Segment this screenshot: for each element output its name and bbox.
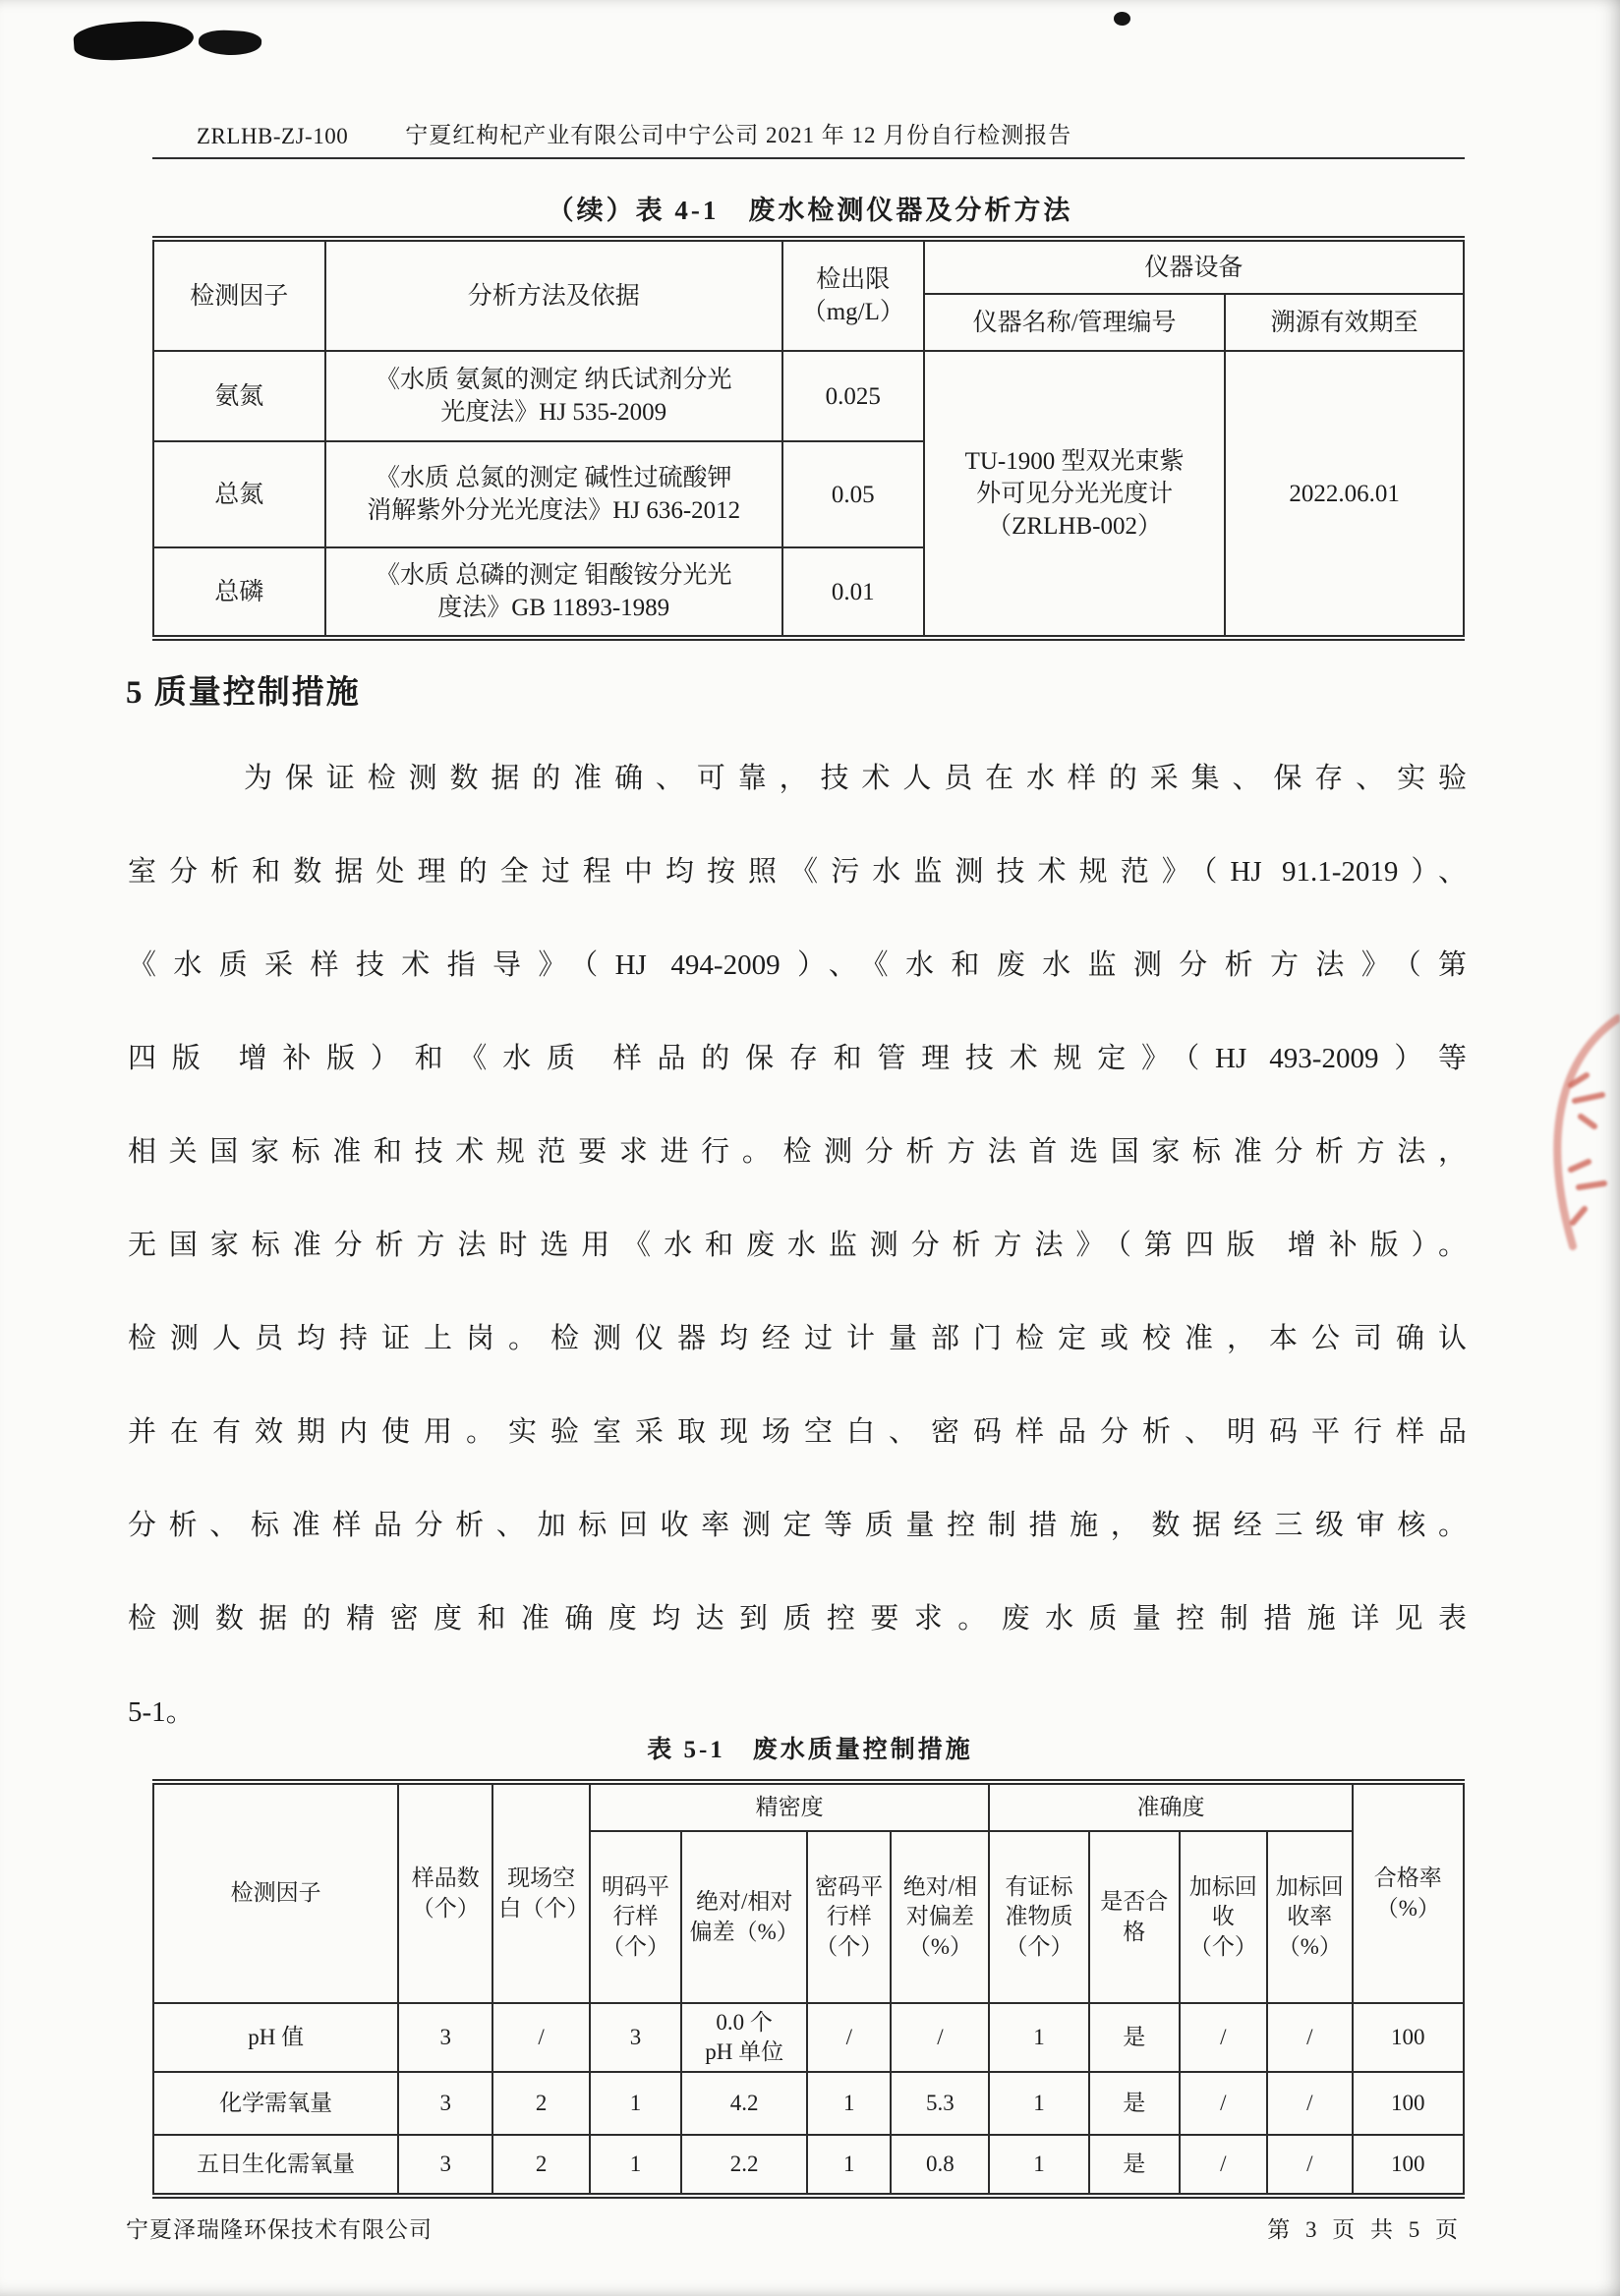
table-cell: 化学需氧量 (153, 2072, 398, 2135)
table-cell: / (1267, 2003, 1353, 2072)
header-cell: 绝对/相对偏差（%） (891, 1831, 989, 2003)
table-row: 化学需氧量 3 2 1 4.2 1 5.3 1 是 / / 100 (153, 2072, 1464, 2135)
table-cell: / (1180, 2072, 1267, 2135)
table5-title: 表 5-1 废水质量控制措施 (0, 1730, 1620, 1765)
paragraph-line: 为保证检测数据的准确、可靠，技术人员在水样的采集、保存、实验 (128, 732, 1467, 826)
document-title: 宁夏红枸杞产业有限公司中宁公司 2021 年 12 月份自行检测报告 (405, 117, 1071, 149)
table-cell: 2 (492, 2072, 590, 2135)
header-cell-factor: 检测因子 (153, 1782, 398, 2003)
document-number: ZRLHB-ZJ-100 (197, 124, 348, 149)
header-cell-equipment: 仪器设备 (924, 239, 1464, 294)
paragraph-line: 《水质采样技术指导》（HJ 494-2009）、《水和废水监测分析方法》（第 (128, 919, 1467, 1012)
table-cell: / (891, 2003, 989, 2072)
table-cell: 1 (590, 2135, 681, 2196)
table-row: 五日生化需氧量 3 2 1 2.2 1 0.8 1 是 / / 100 (153, 2135, 1464, 2196)
table-cell: / (1267, 2072, 1353, 2135)
table4-title: （续）表 4-1 废水检测仪器及分析方法 (0, 189, 1620, 227)
table-row: 检测因子 分析方法及依据 检出限 （mg/L） 仪器设备 (153, 239, 1464, 294)
table-row: 检测因子 样品数（个） 现场空白（个） 精密度 准确度 合格率（%） (153, 1782, 1464, 1831)
header-group-precision: 精密度 (590, 1782, 990, 1831)
table-cell: 3 (398, 2003, 492, 2072)
table-cell: 1 (989, 2135, 1088, 2196)
table-cell: 0.0 个 pH 单位 (681, 2003, 807, 2072)
scan-artifact (1114, 12, 1130, 26)
table-cell: 《水质 氨氮的测定 纳氏试剂分光 光度法》HJ 535-2009 (325, 351, 782, 441)
table-cell: 是 (1089, 2072, 1180, 2135)
table5-quality-control: 检测因子 样品数（个） 现场空白（个） 精密度 准确度 合格率（%） 明码平行样… (152, 1779, 1465, 2199)
table-cell: 1 (590, 2072, 681, 2135)
header-cell: 加标回收率（%） (1267, 1831, 1353, 2003)
section-heading: 5 质量控制措施 (126, 666, 361, 713)
body-paragraph: 为保证检测数据的准确、可靠，技术人员在水样的采集、保存、实验 室分析和数据处理的… (128, 732, 1467, 1759)
paragraph-line: 检测人员均持证上岗。检测仪器均经过计量部门检定或校准，本公司确认 (128, 1292, 1467, 1386)
table-cell: 2.2 (681, 2135, 807, 2196)
header-cell: 有证标准物质（个） (989, 1831, 1088, 2003)
table-cell: 100 (1353, 2072, 1464, 2135)
scan-artifact (73, 18, 195, 63)
header-cell: 加标回收（个） (1180, 1831, 1267, 2003)
header-cell-factor: 检测因子 (153, 239, 325, 351)
table-cell: / (1180, 2135, 1267, 2196)
header-cell-pass-rate: 合格率（%） (1353, 1782, 1464, 2003)
table-cell: 总氮 (153, 441, 325, 547)
table-cell: 3 (398, 2135, 492, 2196)
paragraph-line: 四版 增补版）和《水质 样品的保存和管理技术规定》（HJ 493-2009）等 (128, 1012, 1467, 1106)
table-row: pH 值 3 / 3 0.0 个 pH 单位 / / 1 是 / / 100 (153, 2003, 1464, 2072)
header-cell-limit: 检出限 （mg/L） (782, 239, 924, 351)
header-cell: 绝对/相对偏差（%） (681, 1831, 807, 2003)
table-cell: 五日生化需氧量 (153, 2135, 398, 2196)
table4-instruments: 检测因子 分析方法及依据 检出限 （mg/L） 仪器设备 仪器名称/管理编号 溯… (152, 236, 1465, 641)
paragraph-line: 室分析和数据处理的全过程中均按照《污水监测技术规范》（HJ 91.1-2019）… (128, 826, 1467, 919)
footer-page-number: 第 3 页 共 5 页 (1267, 2211, 1463, 2244)
table-cell: / (807, 2003, 891, 2072)
table-cell: 《水质 总磷的测定 钼酸铵分光光 度法》GB 11893-1989 (325, 547, 782, 638)
header-cell-method: 分析方法及依据 (325, 239, 782, 351)
table-cell: 是 (1089, 2003, 1180, 2072)
table-cell: 0.01 (782, 547, 924, 638)
header-group-accuracy: 准确度 (989, 1782, 1352, 1831)
paragraph-line: 并在有效期内使用。实验室采取现场空白、密码样品分析、明码平行样品 (128, 1386, 1467, 1479)
header-cell-blank: 现场空白（个） (492, 1782, 590, 2003)
header-cell: 是否合格 (1089, 1831, 1180, 2003)
paragraph-line: 分析、标准样品分析、加标回收率测定等质量控制措施，数据经三级审核。 (128, 1479, 1467, 1573)
header-cell-samples: 样品数（个） (398, 1782, 492, 2003)
table-cell: 氨氮 (153, 351, 325, 441)
table-cell: 0.05 (782, 441, 924, 547)
paragraph-line: 相关国家标准和技术规范要求进行。检测分析方法首选国家标准分析方法， (128, 1106, 1467, 1199)
table-cell: 《水质 总氮的测定 碱性过硫酸钾 消解紫外分光光度法》HJ 636-2012 (325, 441, 782, 547)
table-cell: 是 (1089, 2135, 1180, 2196)
table-cell-trace-date: 2022.06.01 (1225, 351, 1464, 638)
table-cell: 100 (1353, 2003, 1464, 2072)
table-cell: 1 (989, 2003, 1088, 2072)
table-cell: 4.2 (681, 2072, 807, 2135)
table-cell: 5.3 (891, 2072, 989, 2135)
footer-company: 宁夏泽瑞隆环保技术有限公司 (126, 2211, 433, 2244)
paragraph-line: 检测数据的精密度和准确度均达到质控要求。废水质量控制措施详见表 (128, 1573, 1467, 1666)
header-cell: 密码平行样（个） (807, 1831, 891, 2003)
scan-artifact (198, 29, 261, 56)
header-cell-trace: 溯源有效期至 (1225, 294, 1464, 351)
table-cell: 1 (807, 2072, 891, 2135)
table-cell: 总磷 (153, 547, 325, 638)
header-cell: 明码平行样（个） (590, 1831, 681, 2003)
table-cell: pH 值 (153, 2003, 398, 2072)
scanned-report-page: ZRLHB-ZJ-100 宁夏红枸杞产业有限公司中宁公司 2021 年 12 月… (0, 0, 1620, 2296)
table-cell: 3 (398, 2072, 492, 2135)
header-cell-instrument: 仪器名称/管理编号 (924, 294, 1226, 351)
table-cell: / (492, 2003, 590, 2072)
page-header: ZRLHB-ZJ-100 宁夏红枸杞产业有限公司中宁公司 2021 年 12 月… (152, 112, 1465, 159)
table-row: 氨氮 《水质 氨氮的测定 纳氏试剂分光 光度法》HJ 535-2009 0.02… (153, 351, 1464, 441)
red-stamp-fragment (1530, 1014, 1620, 1250)
table-cell: 0.8 (891, 2135, 989, 2196)
table-cell: 2 (492, 2135, 590, 2196)
table-cell: 1 (989, 2072, 1088, 2135)
table-cell: 3 (590, 2003, 681, 2072)
paragraph-line: 无国家标准分析方法时选用《水和废水监测分析方法》（第四版 增补版）。 (128, 1199, 1467, 1292)
table-cell-instrument: TU-1900 型双光束紫 外可见分光光度计 （ZRLHB-002） (924, 351, 1226, 638)
table-cell: / (1267, 2135, 1353, 2196)
table-cell: / (1180, 2003, 1267, 2072)
table-cell: 1 (807, 2135, 891, 2196)
table-cell: 0.025 (782, 351, 924, 441)
table-cell: 100 (1353, 2135, 1464, 2196)
